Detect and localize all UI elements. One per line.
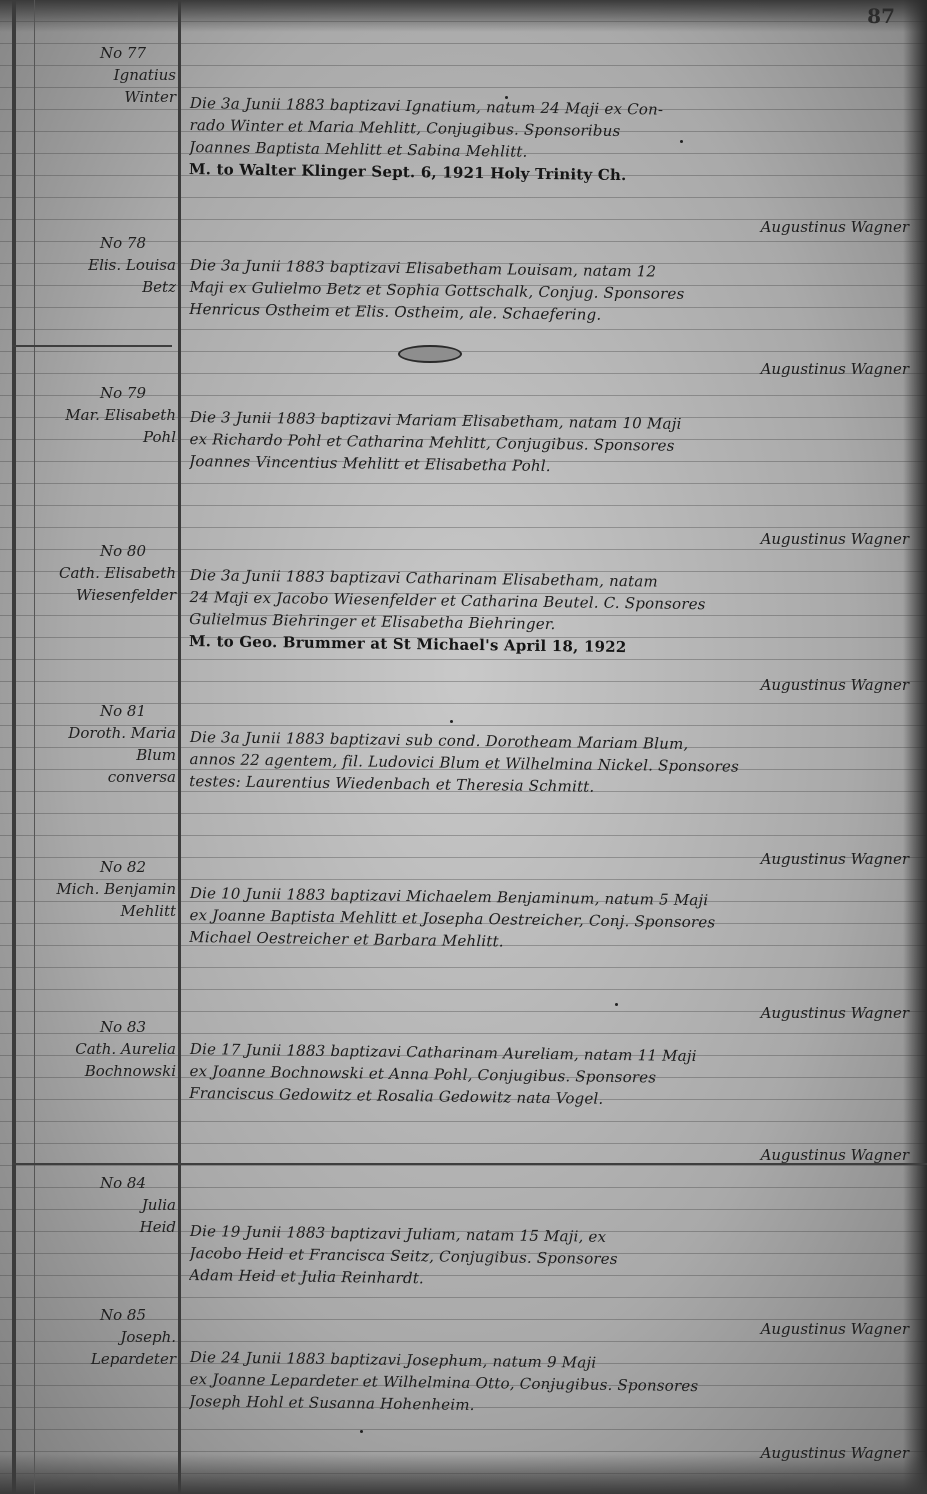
entry-margin: No 83 Cath. Aurelia Bochnowski: [40, 1016, 176, 1082]
scan-shadow-top: [0, 0, 927, 32]
ink-speck: [450, 720, 453, 723]
name-column-rule: [178, 0, 181, 1494]
entry-name-given: Mar. Elisabeth: [40, 404, 176, 426]
entry-name-surname: Winter: [40, 86, 176, 108]
entry-name-surname: Heid: [40, 1216, 176, 1238]
entry-name-surname: Lepardeter: [40, 1348, 176, 1370]
entry-name-given: Elis. Louisa: [40, 254, 176, 276]
entry-number: No 84: [40, 1172, 176, 1194]
entry-number: No 85: [40, 1304, 176, 1326]
priest-signature: Augustinus Wagner: [761, 1320, 909, 1338]
entry-number: No 82: [40, 856, 176, 878]
entry-text: Die 3a Junii 1883 baptizavi Catharinam E…: [189, 564, 910, 662]
entry-number: No 77: [40, 42, 176, 64]
entry-name-given: Julia: [40, 1194, 176, 1216]
entry-text: Die 3a Junii 1883 baptizavi Elisabetham …: [189, 254, 910, 330]
entry-text: Die 19 Junii 1883 baptizavi Juliam, nata…: [189, 1220, 910, 1296]
priest-signature: Augustinus Wagner: [761, 850, 909, 868]
entry-margin: No 82 Mich. Benjamin Mehlitt: [40, 856, 176, 922]
entry-margin: No 85 Joseph. Lepardeter: [40, 1304, 176, 1370]
entry-name-surname: Bochnowski: [40, 1060, 176, 1082]
priest-signature: Augustinus Wagner: [761, 218, 909, 236]
entry-margin: No 80 Cath. Elisabeth Wiesenfelder: [40, 540, 176, 606]
entry-name-given: Mich. Benjamin: [40, 878, 176, 900]
entry-margin: No 84 Julia Heid: [40, 1172, 176, 1238]
entry-margin: No 78 Elis. Louisa Betz: [40, 232, 176, 298]
entry-margin: No 81 Doroth. Maria Blum conversa: [40, 700, 176, 788]
entry-number: No 79: [40, 382, 176, 404]
entry-name-surname: Mehlitt: [40, 900, 176, 922]
entry-name-given: Joseph.: [40, 1326, 176, 1348]
entry-margin: No 79 Mar. Elisabeth Pohl: [40, 382, 176, 448]
priest-signature: Augustinus Wagner: [761, 676, 909, 694]
entry-name-surname: Blum: [40, 744, 176, 766]
page-number: 87: [867, 4, 895, 28]
entry-text: Die 10 Junii 1883 baptizavi Michaelem Be…: [189, 882, 910, 958]
entry-separator: [12, 1163, 927, 1165]
entry-number: No 81: [40, 700, 176, 722]
entry-name-given: Doroth. Maria: [40, 722, 176, 744]
entry-number: No 80: [40, 540, 176, 562]
priest-signature: Augustinus Wagner: [761, 1004, 909, 1022]
inner-margin-rule: [34, 0, 35, 1494]
priest-signature: Augustinus Wagner: [761, 360, 909, 378]
entry-name-status: conversa: [40, 766, 176, 788]
ink-speck: [505, 96, 508, 99]
priest-signature: Augustinus Wagner: [761, 1146, 909, 1164]
entry-name-given: Ignatius: [40, 64, 176, 86]
ink-speck: [360, 1430, 363, 1433]
register-page: 87 No 77 Ignatius Winter Die 3a Junii 18…: [0, 0, 927, 1494]
ink-speck: [680, 140, 683, 143]
entry-margin: No 77 Ignatius Winter: [40, 42, 176, 108]
priest-signature: Augustinus Wagner: [761, 1444, 909, 1462]
ink-blot: [398, 345, 462, 363]
entry-number: No 78: [40, 232, 176, 254]
entry-name-surname: Pohl: [40, 426, 176, 448]
entry-separator: [12, 345, 172, 347]
ink-speck: [615, 1003, 618, 1006]
entry-text: Die 3a Junii 1883 baptizavi Ignatium, na…: [189, 92, 910, 190]
entry-name-given: Cath. Aurelia: [40, 1038, 176, 1060]
entry-text: Die 17 Junii 1883 baptizavi Catharinam A…: [189, 1038, 910, 1114]
entry-text: Die 3 Junii 1883 baptizavi Mariam Elisab…: [189, 406, 910, 482]
outer-margin-rule: [12, 0, 16, 1494]
entry-text: Die 3a Junii 1883 baptizavi sub cond. Do…: [189, 726, 910, 802]
entry-text: Die 24 Junii 1883 baptizavi Josephum, na…: [189, 1346, 910, 1422]
entry-name-given: Cath. Elisabeth: [40, 562, 176, 584]
priest-signature: Augustinus Wagner: [761, 530, 909, 548]
entry-number: No 83: [40, 1016, 176, 1038]
entry-name-surname: Betz: [40, 276, 176, 298]
entry-name-surname: Wiesenfelder: [40, 584, 176, 606]
